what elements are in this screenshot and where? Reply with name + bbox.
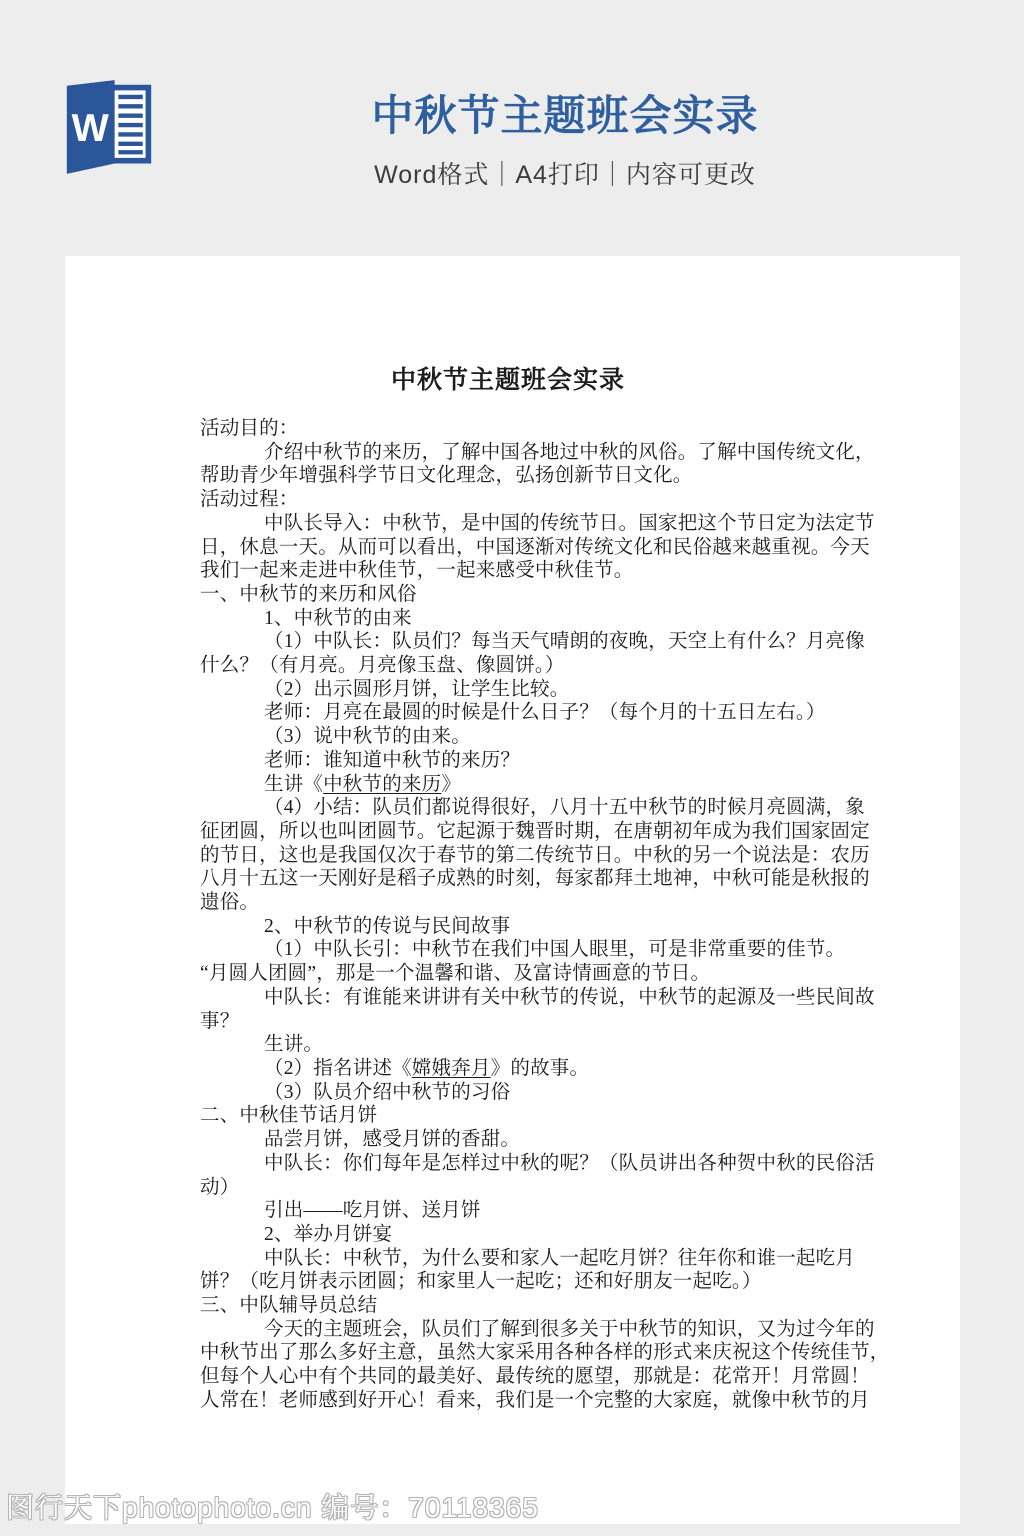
text-segment: 1、中秋节的由来 (264, 608, 412, 629)
document-line: 遗俗。 (200, 891, 925, 915)
text-segment: 八月十五这一天刚好是稻子成熟的时刻，每家都拜土地神，中秋可能是秋报的 (200, 868, 870, 889)
text-segment: 征团圆，所以也叫团圆节。它起源于魏晋时期，在唐朝初年成为我们国家固定 (200, 821, 870, 842)
document-line: 动） (200, 1176, 925, 1200)
word-icon-text-lines (118, 97, 142, 152)
text-segment: 中队长导入：中秋节，是中国的传统节日。国家把这个节日定为法定节 (264, 513, 875, 534)
text-segment: 二、中秋佳节话月饼 (200, 1105, 377, 1126)
text-segment: 引出——吃月饼、送月饼 (264, 1200, 481, 1221)
document-line: （4）小结：队员们都说得很好，八月十五中秋节的时候月亮圆满，象 (200, 796, 925, 820)
text-segment: 生讲。 (264, 1034, 323, 1055)
document-line: 2、中秋节的传说与民间故事 (200, 915, 925, 939)
document-line: 今天的主题班会，队员们了解到很多关于中秋节的知识，又为过今年的 (200, 1318, 925, 1342)
template-preview-screen: W 中秋节主题班会实录 Word格式｜A4打印｜内容可更改 中秋节主题班会实录 … (0, 0, 1024, 1536)
text-segment: 2、中秋节的传说与民间故事 (264, 916, 510, 937)
document-line: 中队长：有谁能来讲讲有关中秋节的传说，中秋节的起源及一些民间故 (200, 986, 925, 1010)
document-line: （3）说中秋节的由来。 (200, 725, 925, 749)
text-segment: 中队长：你们每年是怎样过中秋的呢？（队员讲出各种贺中秋的民俗活 (264, 1153, 875, 1174)
text-segment: 介绍中秋节的来历，了解中国各地过中秋的风俗。了解中国传统文化， (264, 442, 875, 463)
document-line: 生讲《中秋节的来历》 (200, 773, 925, 797)
text-segment: （3）说中秋节的由来。 (264, 726, 471, 747)
header: W 中秋节主题班会实录 Word格式｜A4打印｜内容可更改 (0, 0, 1024, 256)
document-line: 征团圆，所以也叫团圆节。它起源于魏晋时期，在唐朝初年成为我们国家固定 (200, 820, 925, 844)
document-line: 生讲。 (200, 1033, 925, 1057)
word-file-icon: W (64, 76, 154, 176)
text-segment: “月圆人团圆”，那是一个温馨和谐、及富诗情画意的节日。 (200, 963, 710, 984)
document-line: 中队长：中秋节，为什么要和家人一起吃月饼？往年你和谁一起吃月 (200, 1247, 925, 1271)
text-segment: 老师：月亮在最圆的时候是什么日子？（每个月的十五日左右。） (264, 702, 826, 723)
header-text-block: 中秋节主题班会实录 Word格式｜A4打印｜内容可更改 (371, 92, 758, 191)
document-line: 1、中秋节的由来 (200, 607, 925, 631)
document-line: 事？ (200, 1010, 925, 1034)
word-icon-w-letter: W (72, 106, 110, 150)
text-segment: 》的故事。 (491, 1058, 590, 1079)
document-line: （2）出示圆形月饼，让学生比较。 (200, 678, 925, 702)
text-segment: （2）出示圆形月饼，让学生比较。 (264, 679, 569, 700)
text-segment: 但每个人心中有个共同的最美好、最传统的愿望，那就是：花常开！月常圆！ (200, 1366, 870, 1387)
text-segment: 中队长：中秋节，为什么要和家人一起吃月饼？往年你和谁一起吃月 (264, 1248, 855, 1269)
text-segment: 活动过程： (200, 489, 299, 510)
document-line: 活动过程： (200, 488, 925, 512)
template-title: 中秋节主题班会实录 (371, 92, 758, 140)
text-segment: 2、举办月饼宴 (264, 1224, 392, 1245)
document-line: 二、中秋佳节话月饼 (200, 1104, 925, 1128)
text-segment: 活动目的： (200, 418, 299, 439)
text-segment: 品尝月饼，感受月饼的香甜。 (264, 1129, 520, 1150)
document-line: 引出——吃月饼、送月饼 (200, 1199, 925, 1223)
text-segment: （3）队员介绍中秋节的习俗 (264, 1082, 510, 1103)
watermark-text: 图行天下photophoto.cn 编号：70118365 (6, 1486, 539, 1526)
text-segment: 我们一起来走进中秋佳节，一起来感受中秋佳节。 (200, 560, 633, 581)
text-segment: 》 (441, 774, 461, 795)
text-segment: 生讲《 (264, 774, 323, 795)
text-segment: （4）小结：队员们都说得很好，八月十五中秋节的时候月亮圆满，象 (264, 797, 865, 818)
text-segment: （1）中队长引：中秋节在我们中国人眼里，可是非常重要的佳节。 (264, 939, 845, 960)
document-page: 中秋节主题班会实录 活动目的：介绍中秋节的来历，了解中国各地过中秋的风俗。了解中… (65, 256, 960, 1524)
document-line: 帮助青少年增强科学节日文化理念，弘扬创新节日文化。 (200, 464, 925, 488)
document-line: 中队长：你们每年是怎样过中秋的呢？（队员讲出各种贺中秋的民俗活 (200, 1152, 925, 1176)
document-line: 三、中队辅导员总结 (200, 1294, 925, 1318)
text-segment: 的节日，这也是我国仅次于春节的第二传统节日。中秋的另一个说法是：农历 (200, 845, 870, 866)
document-line: 老师：谁知道中秋节的来历？ (200, 749, 925, 773)
document-line: 活动目的： (200, 417, 925, 441)
underlined-text: 嫦娥奔月 (412, 1058, 491, 1079)
text-segment: 遗俗。 (200, 892, 259, 913)
document-title: 中秋节主题班会实录 (158, 366, 858, 396)
text-segment: （2）指名讲述《 (264, 1058, 412, 1079)
document-line: 人常在！老师感到好开心！看来，我们是一个完整的大家庭，就像中秋节的月 (200, 1389, 925, 1413)
text-segment: 一、中秋节的来历和风俗 (200, 584, 417, 605)
document-line: 我们一起来走进中秋佳节，一起来感受中秋佳节。 (200, 559, 925, 583)
document-line: 的节日，这也是我国仅次于春节的第二传统节日。中秋的另一个说法是：农历 (200, 844, 925, 868)
text-segment: （1）中队长：队员们？每当天气晴朗的夜晚，天空上有什么？月亮像 (264, 631, 865, 652)
document-line: 日，休息一天。从而可以看出，中国逐渐对传统文化和民俗越来越重视。今天 (200, 536, 925, 560)
text-segment: 事？ (200, 1011, 239, 1032)
underlined-text: 中秋节的来历 (323, 774, 441, 795)
document-line: “月圆人团圆”，那是一个温馨和谐、及富诗情画意的节日。 (200, 962, 925, 986)
document-line: 品尝月饼，感受月饼的香甜。 (200, 1128, 925, 1152)
document-line: （1）中队长：队员们？每当天气晴朗的夜晚，天空上有什么？月亮像 (200, 630, 925, 654)
text-segment: 人常在！老师感到好开心！看来，我们是一个完整的大家庭，就像中秋节的月 (200, 1390, 870, 1411)
document-line: （1）中队长引：中秋节在我们中国人眼里，可是非常重要的佳节。 (200, 938, 925, 962)
text-segment: 今天的主题班会，队员们了解到很多关于中秋节的知识，又为过今年的 (264, 1319, 875, 1340)
text-segment: 三、中队辅导员总结 (200, 1295, 377, 1316)
document-line: 中队长导入：中秋节，是中国的传统节日。国家把这个节日定为法定节 (200, 512, 925, 536)
text-segment: 日，休息一天。从而可以看出，中国逐渐对传统文化和民俗越来越重视。今天 (200, 537, 870, 558)
text-segment: 饼？（吃月饼表示团圆；和家里人一起吃；还和好朋友一起吃。） (200, 1271, 762, 1292)
document-line: 饼？（吃月饼表示团圆；和家里人一起吃；还和好朋友一起吃。） (200, 1270, 925, 1294)
document-line: 但每个人心中有个共同的最美好、最传统的愿望，那就是：花常开！月常圆！ (200, 1365, 925, 1389)
text-segment: 什么？（有月亮。月亮像玉盘、像圆饼。） (200, 655, 565, 676)
document-line: 什么？（有月亮。月亮像玉盘、像圆饼。） (200, 654, 925, 678)
template-subtitle: Word格式｜A4打印｜内容可更改 (371, 155, 758, 191)
text-segment: 中秋节出了那么多好主意，虽然大家采用各种各样的形式来庆祝这个传统佳节， (200, 1342, 890, 1363)
document-line: 中秋节出了那么多好主意，虽然大家采用各种各样的形式来庆祝这个传统佳节， (200, 1341, 925, 1365)
document-line: （3）队员介绍中秋节的习俗 (200, 1081, 925, 1105)
document-line: （2）指名讲述《嫦娥奔月》的故事。 (200, 1057, 925, 1081)
text-segment: 动） (200, 1177, 239, 1198)
document-line: 八月十五这一天刚好是稻子成熟的时刻，每家都拜土地神，中秋可能是秋报的 (200, 867, 925, 891)
document-line: 2、举办月饼宴 (200, 1223, 925, 1247)
document-line: 一、中秋节的来历和风俗 (200, 583, 925, 607)
text-segment: 中队长：有谁能来讲讲有关中秋节的传说，中秋节的起源及一些民间故 (264, 987, 875, 1008)
document-line: 老师：月亮在最圆的时候是什么日子？（每个月的十五日左右。） (200, 701, 925, 725)
document-lines: 活动目的：介绍中秋节的来历，了解中国各地过中秋的风俗。了解中国传统文化，帮助青少… (200, 417, 925, 1413)
document-line: 介绍中秋节的来历，了解中国各地过中秋的风俗。了解中国传统文化， (200, 441, 925, 465)
text-segment: 帮助青少年增强科学节日文化理念，弘扬创新节日文化。 (200, 465, 693, 486)
text-segment: 老师：谁知道中秋节的来历？ (264, 750, 520, 771)
